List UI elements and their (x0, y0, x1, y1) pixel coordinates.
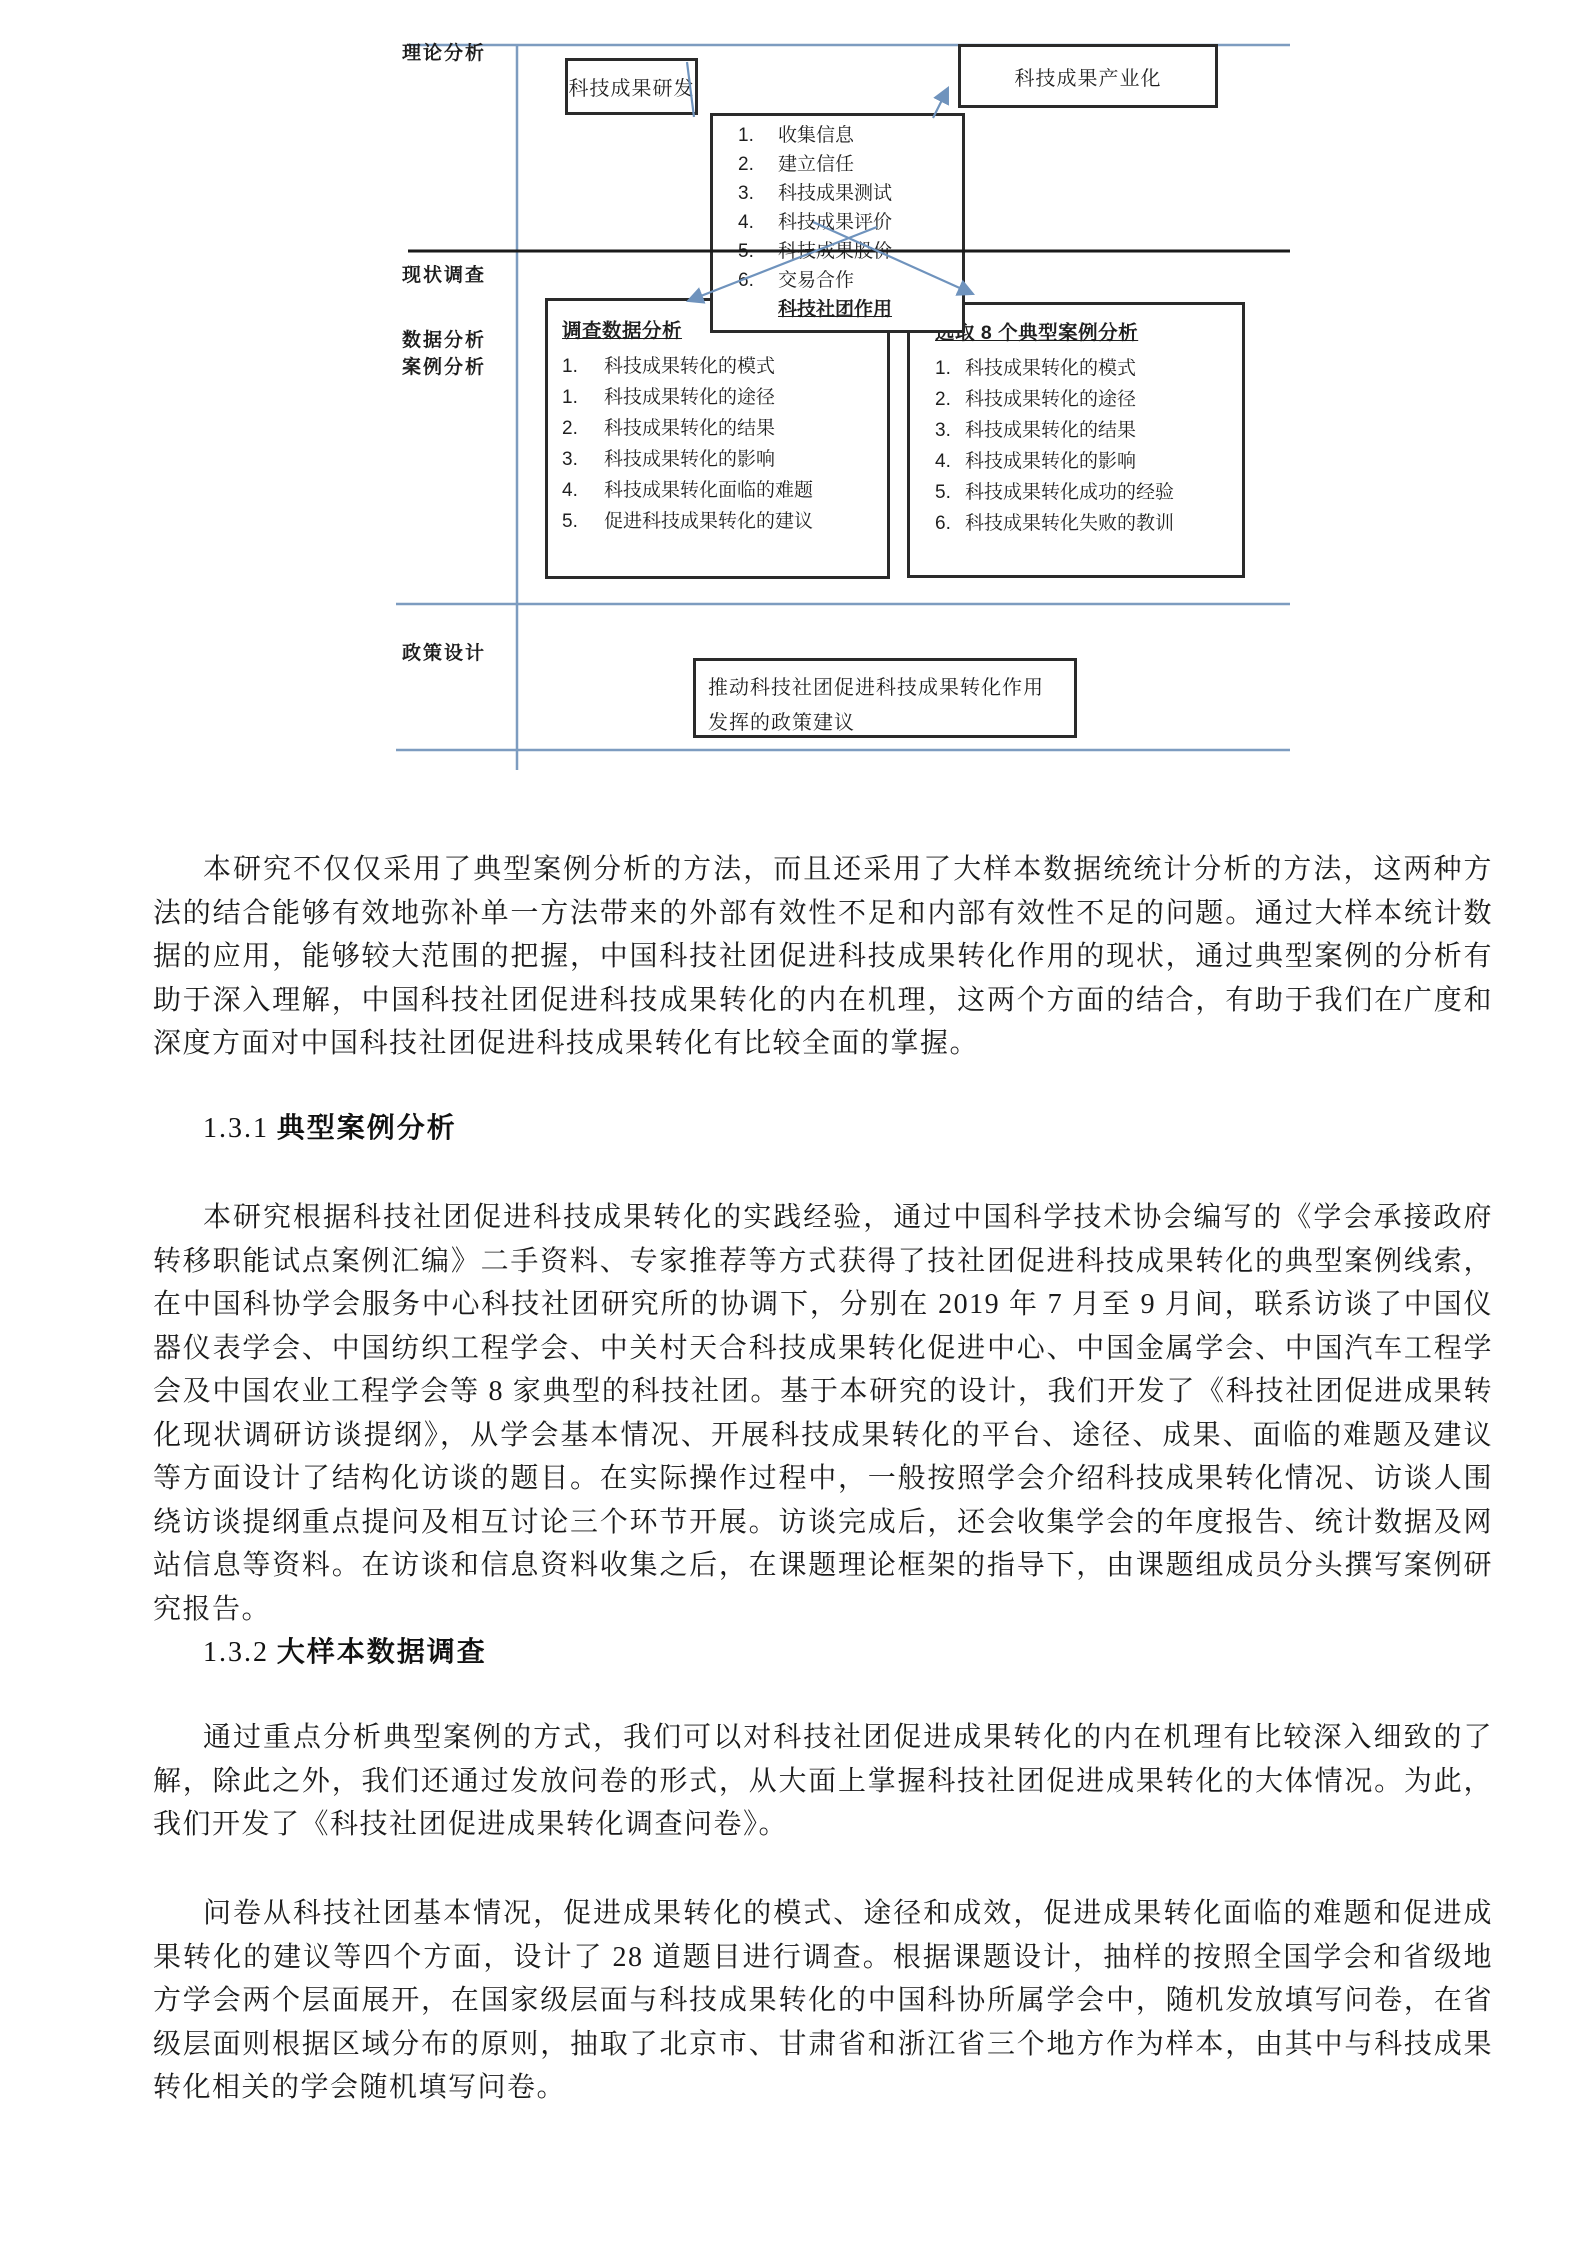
arrow-to-case-box (813, 222, 973, 294)
section-title: 大样本数据调查 (277, 1636, 487, 1667)
diagram-arrows (0, 0, 1587, 800)
paragraph-questionnaire-intro: 通过重点分析典型案例的方式，我们可以对科技社团促进成果转化的内在机理有比较深入细… (153, 1716, 1493, 1847)
paragraph-case-analysis: 本研究根据科技社团促进科技成果转化的实践经验，通过中国科学技术协会编写的《学会承… (153, 1196, 1493, 1631)
arrow-to-survey-box (688, 227, 877, 301)
paragraph-questionnaire-design: 问卷从科技社团基本情况，促进成果转化的模式、途径和成效，促进成果转化面临的难题和… (153, 1892, 1493, 2110)
section-title: 典型案例分析 (277, 1112, 457, 1143)
section-heading-132: 1.3.2 大样本数据调查 (203, 1630, 487, 1670)
document-page: 理论分析 现状调查 数据分析 案例分析 政策设计 调查数据分析 1.科技成果转化… (0, 0, 1587, 2245)
connector-rd-to-process (687, 62, 694, 117)
paragraph-methods-overview: 本研究不仅仅采用了典型案例分析的方法，而且还采用了大样本数据统统计分析的方法，这… (153, 848, 1493, 1066)
section-number: 1.3.2 (203, 1637, 269, 1668)
section-heading-131: 1.3.1 典型案例分析 (203, 1106, 457, 1146)
arrow-to-industrialization (933, 88, 948, 118)
section-number: 1.3.1 (203, 1113, 269, 1144)
